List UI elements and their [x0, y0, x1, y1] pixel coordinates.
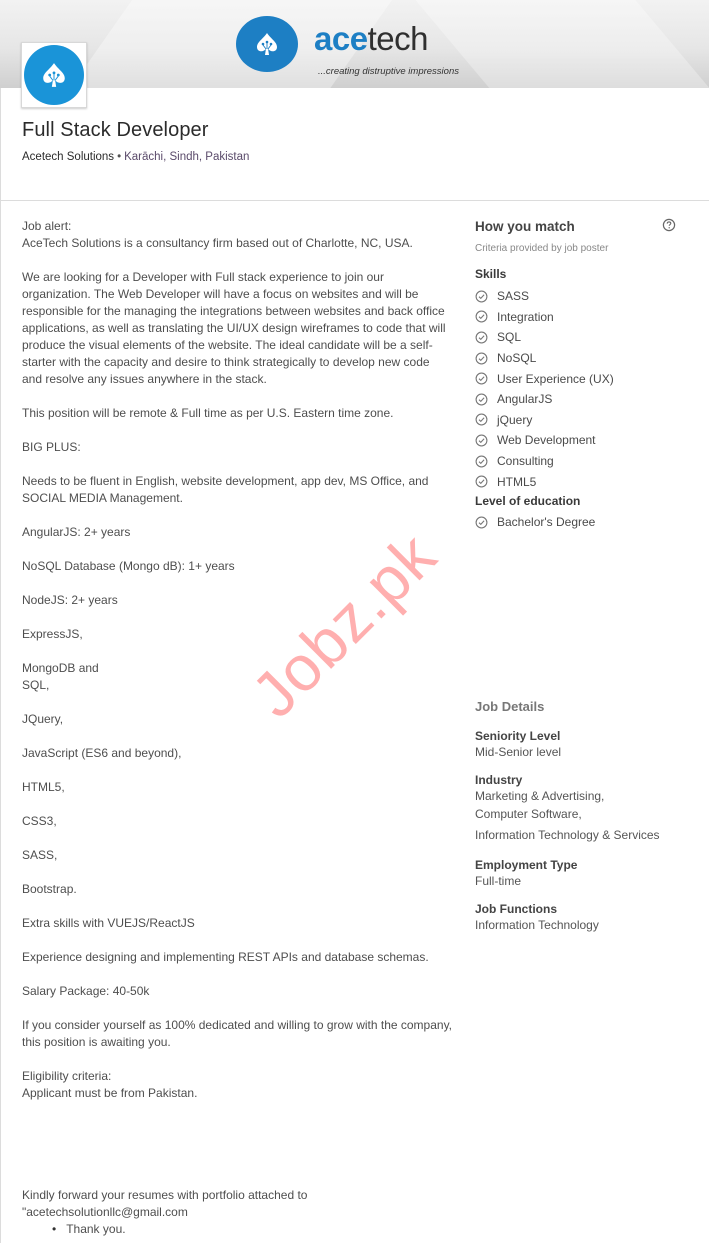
match-title: How you match: [475, 219, 575, 234]
check-circle-icon: [475, 310, 488, 323]
description-paragraph: NodeJS: 2+ years: [22, 592, 452, 609]
detail-label: Job Functions: [475, 901, 705, 917]
detail-block: IndustryMarketing & Advertising,Computer…: [475, 772, 705, 845]
job-details-title: Job Details: [475, 699, 705, 714]
detail-block: Seniority LevelMid-Senior level: [475, 728, 705, 760]
brand-tagline: ...creating distruptive impressions: [318, 66, 459, 77]
check-circle-icon: [475, 516, 488, 529]
job-description: Job alert: AceTech Solutions is a consul…: [22, 218, 452, 1238]
detail-value: Mid-Senior level: [475, 744, 705, 760]
job-details-panel: Job Details Seniority LevelMid-Senior le…: [475, 699, 705, 945]
description-paragraph: BIG PLUS:: [22, 439, 452, 456]
check-circle-icon: [475, 393, 488, 406]
detail-label: Employment Type: [475, 857, 705, 873]
bullet-item: Thank you.: [52, 1221, 452, 1238]
description-paragraph: Job alert: AceTech Solutions is a consul…: [22, 218, 452, 252]
description-paragraph: AngularJS: 2+ years: [22, 524, 452, 541]
detail-label: Seniority Level: [475, 728, 705, 744]
check-circle-icon: [475, 455, 488, 468]
skill-label: SASS: [497, 289, 529, 303]
brand-name: acetech: [314, 22, 428, 56]
job-header-card: [0, 88, 709, 201]
brand-logo: acetech ...creating distruptive impressi…: [236, 16, 486, 78]
skill-label: Integration: [497, 310, 554, 324]
skill-item: jQuery: [475, 410, 614, 431]
skills-label: Skills: [475, 267, 506, 281]
education-label: Level of education: [475, 494, 580, 508]
criteria-note: Criteria provided by job poster: [475, 243, 608, 254]
description-paragraph: CSS3,: [22, 813, 452, 830]
skill-item: Bachelor's Degree: [475, 512, 595, 533]
skill-label: Consulting: [497, 454, 554, 468]
skill-label: AngularJS: [497, 392, 552, 406]
skill-label: User Experience (UX): [497, 372, 614, 386]
check-circle-icon: [475, 434, 488, 447]
skill-list: SASSIntegrationSQLNoSQLUser Experience (…: [475, 286, 614, 492]
detail-value: Computer Software,: [475, 804, 705, 825]
job-location: Karāchi, Sindh, Pakistan: [124, 151, 249, 163]
skill-item: Web Development: [475, 430, 614, 451]
description-paragraph: Salary Package: 40-50k: [22, 983, 452, 1000]
check-circle-icon: [475, 413, 488, 426]
detail-block: Employment TypeFull-time: [475, 857, 705, 889]
check-circle-icon: [475, 352, 488, 365]
description-paragraph: Experience designing and implementing RE…: [22, 949, 452, 966]
company-name[interactable]: Acetech Solutions: [22, 151, 114, 163]
skill-label: HTML5: [497, 475, 536, 489]
skill-item: HTML5: [475, 471, 614, 492]
brand-name-ace: ace: [314, 20, 368, 57]
company-banner: acetech ...creating distruptive impressi…: [0, 0, 709, 88]
education-list: Bachelor's Degree: [475, 512, 595, 533]
check-circle-icon: [475, 475, 488, 488]
skill-item: Consulting: [475, 451, 614, 472]
skill-item: SQL: [475, 327, 614, 348]
detail-value: Marketing & Advertising,: [475, 788, 705, 804]
check-circle-icon: [475, 290, 488, 303]
description-paragraph: MongoDB and SQL,: [22, 660, 452, 694]
check-circle-icon: [475, 331, 488, 344]
skill-label: jQuery: [497, 413, 532, 427]
description-paragraph: HTML5,: [22, 779, 452, 796]
check-circle-icon: [475, 372, 488, 385]
brand-name-tech: tech: [368, 20, 428, 57]
description-paragraph: JavaScript (ES6 and beyond),: [22, 745, 452, 762]
description-paragraph: We are looking for a Developer with Full…: [22, 269, 452, 388]
description-paragraph: Needs to be fluent in English, website d…: [22, 473, 452, 507]
job-subtitle: Acetech Solutions•Karāchi, Sindh, Pakist…: [22, 151, 249, 163]
skill-item: User Experience (UX): [475, 368, 614, 389]
content-border: [0, 201, 1, 1243]
company-spade-icon: [24, 45, 84, 105]
skill-item: NoSQL: [475, 348, 614, 369]
skill-item: Integration: [475, 307, 614, 328]
description-paragraph: Eligibility criteria: Applicant must be …: [22, 1068, 452, 1102]
separator-dot: •: [117, 151, 121, 163]
description-paragraph: SASS,: [22, 847, 452, 864]
skill-label: Bachelor's Degree: [497, 515, 595, 529]
detail-value: Information Technology & Services: [475, 825, 705, 846]
skill-item: SASS: [475, 286, 614, 307]
description-paragraph: Extra skills with VUEJS/ReactJS: [22, 915, 452, 932]
description-paragraph: This position will be remote & Full time…: [22, 405, 452, 422]
skill-item: AngularJS: [475, 389, 614, 410]
description-paragraph: JQuery,: [22, 711, 452, 728]
detail-block: Job FunctionsInformation Technology: [475, 901, 705, 933]
description-paragraph: NoSQL Database (Mongo dB): 1+ years: [22, 558, 452, 575]
job-title: Full Stack Developer: [22, 119, 209, 142]
skill-label: NoSQL: [497, 351, 536, 365]
description-paragraph: Bootstrap.: [22, 881, 452, 898]
detail-label: Industry: [475, 772, 705, 788]
question-circle-icon[interactable]: [662, 218, 676, 232]
description-bullets: Thank you.: [22, 1221, 452, 1238]
description-paragraph: If you consider yourself as 100% dedicat…: [22, 1017, 452, 1051]
skill-label: Web Development: [497, 433, 596, 447]
skill-label: SQL: [497, 330, 521, 344]
detail-value: Information Technology: [475, 917, 705, 933]
description-paragraph: ExpressJS,: [22, 626, 452, 643]
brand-spade-icon: [236, 16, 298, 72]
description-paragraph: Kindly forward your resumes with portfol…: [22, 1187, 452, 1221]
company-logo[interactable]: [21, 42, 87, 108]
detail-value: Full-time: [475, 873, 705, 889]
